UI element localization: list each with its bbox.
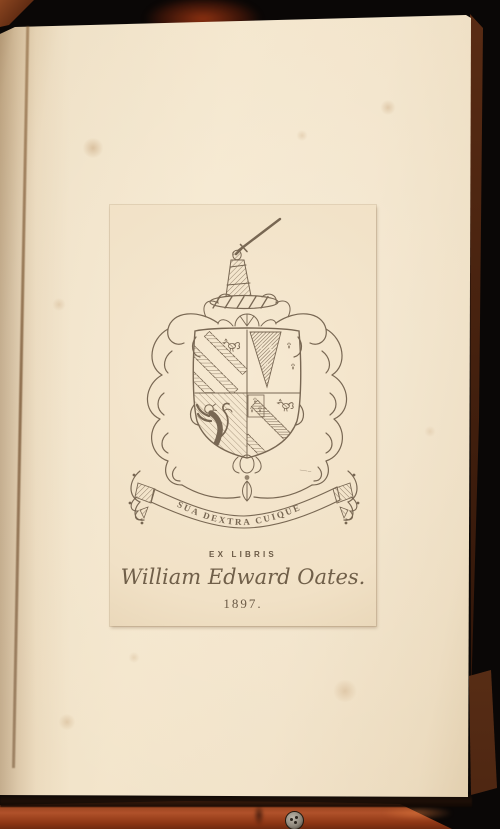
engraver-mark — [300, 470, 311, 472]
photo-background: SUA DEXTRA CUIQUE EX LIBRIS William Edwa… — [0, 0, 500, 829]
quarter2-ermine-pile-icon — [250, 332, 295, 387]
wreath-torse-icon — [210, 296, 278, 309]
screw — [285, 811, 304, 829]
endpaper-page: SUA DEXTRA CUIQUE EX LIBRIS William Edwa… — [0, 0, 500, 829]
armored-arm-holding-sword-crest-icon — [226, 219, 280, 296]
foxing-spot — [58, 714, 76, 730]
motto-text: SUA DEXTRA CUIQUE — [176, 499, 303, 527]
cockerel-icon — [278, 399, 294, 411]
base-ornament — [233, 455, 311, 501]
bookplate: SUA DEXTRA CUIQUE EX LIBRIS William Edwa… — [110, 205, 376, 626]
armorial-engraving: SUA DEXTRA CUIQUE — [110, 205, 376, 626]
foxing-spot — [424, 426, 436, 437]
foxing-spot — [296, 130, 308, 141]
foxing-spot — [82, 138, 104, 158]
owner-name: William Edward Oates. — [110, 565, 376, 589]
ex-libris-label: EX LIBRIS — [110, 550, 376, 559]
foxing-spot — [332, 680, 358, 702]
quarter4-bend-with-cockerel-icon — [243, 395, 298, 462]
book-cover-corner — [0, 0, 40, 30]
foxing-spot — [380, 100, 396, 115]
foxing-spot — [128, 652, 140, 663]
year: 1897. — [110, 596, 376, 612]
quarter3-lion-rampant-icon — [194, 393, 247, 459]
foxing-spot — [52, 298, 66, 311]
